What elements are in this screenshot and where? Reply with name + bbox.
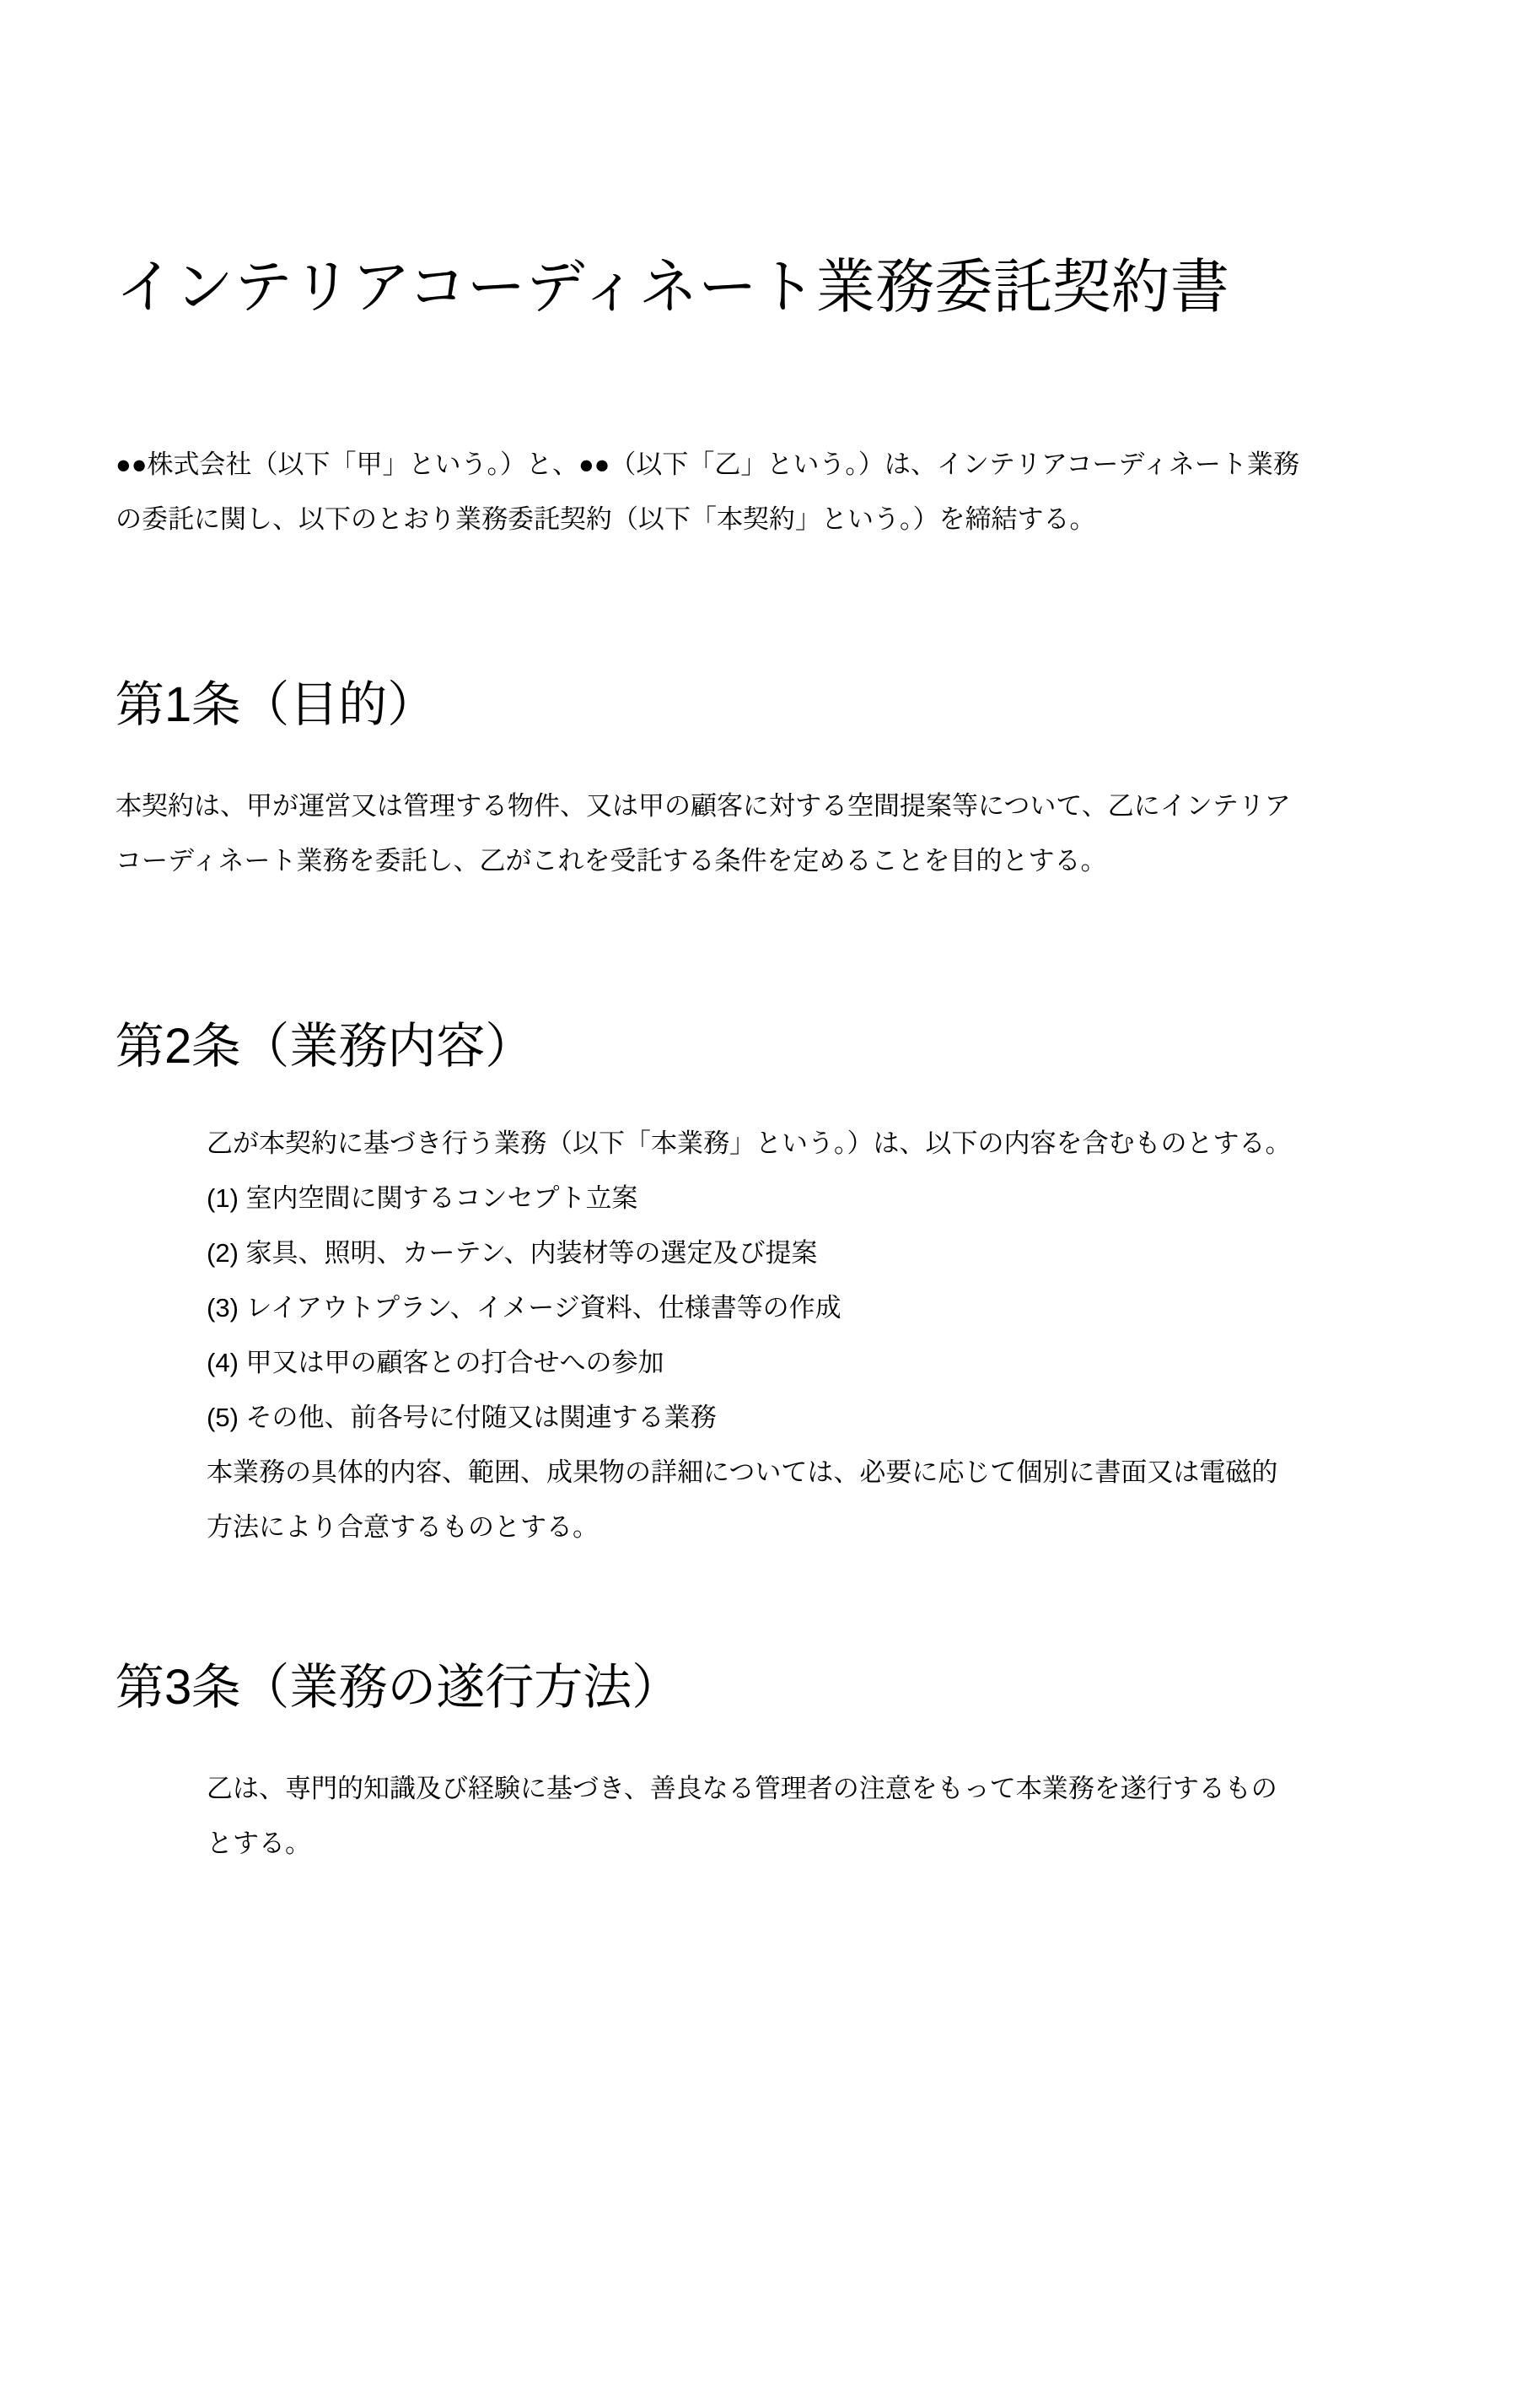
list-item: (2) 家具、照明、カーテン、内装材等の選定及び提案 (207, 1226, 1299, 1280)
article-1-heading: 第1条（目的） (116, 673, 1318, 736)
article-2-heading: 第2条（業務内容） (116, 1015, 1318, 1078)
list-item: (4) 甲又は甲の顧客との打合せへの参加 (207, 1335, 1299, 1390)
article-3-section: 第3条（業務の遂行方法） 乙は、専門的知識及び経験に基づき、善良なる管理者の注意… (116, 1656, 1318, 1871)
article-1-section: 第1条（目的） 本契約は、甲が運営又は管理する物件、又は甲の顧客に対する空間提案… (116, 673, 1318, 888)
article-2-note: 本業務の具体的内容、範囲、成果物の詳細については、必要に応じて個別に書面又は電磁… (207, 1445, 1299, 1554)
article-3-heading: 第3条（業務の遂行方法） (116, 1656, 1318, 1719)
article-1-body: 本契約は、甲が運営又は管理する物件、又は甲の顧客に対する空間提案等について、乙に… (116, 778, 1318, 888)
article-2-body-block: 乙が本契約に基づき行う業務（以下「本業務」という。）は、以下の内容を含むものとす… (116, 1116, 1318, 1554)
article-3-body-block: 乙は、専門的知識及び経験に基づき、善良なる管理者の注意をもって本業務を遂行するも… (116, 1761, 1318, 1871)
article-3-body: 乙は、専門的知識及び経験に基づき、善良なる管理者の注意をもって本業務を遂行するも… (207, 1761, 1299, 1871)
list-item: (1) 室内空間に関するコンセプト立案 (207, 1171, 1299, 1226)
list-item: (3) レイアウトプラン、イメージ資料、仕様書等の作成 (207, 1280, 1299, 1335)
document-title: インテリアコーディネート業務委託契約書 (116, 249, 1318, 326)
article-2-section: 第2条（業務内容） 乙が本契約に基づき行う業務（以下「本業務」という。）は、以下… (116, 1015, 1318, 1554)
list-item: (5) その他、前各号に付随又は関連する業務 (207, 1390, 1299, 1445)
article-2-lead: 乙が本契約に基づき行う業務（以下「本業務」という。）は、以下の内容を含むものとす… (207, 1116, 1299, 1171)
preamble-paragraph: ●●株式会社（以下「甲」という。）と、●●（以下「乙」という。）は、インテリアコ… (116, 437, 1318, 547)
contract-document-page: インテリアコーディネート業務委託契約書 ●●株式会社（以下「甲」という。）と、●… (0, 249, 1527, 2408)
